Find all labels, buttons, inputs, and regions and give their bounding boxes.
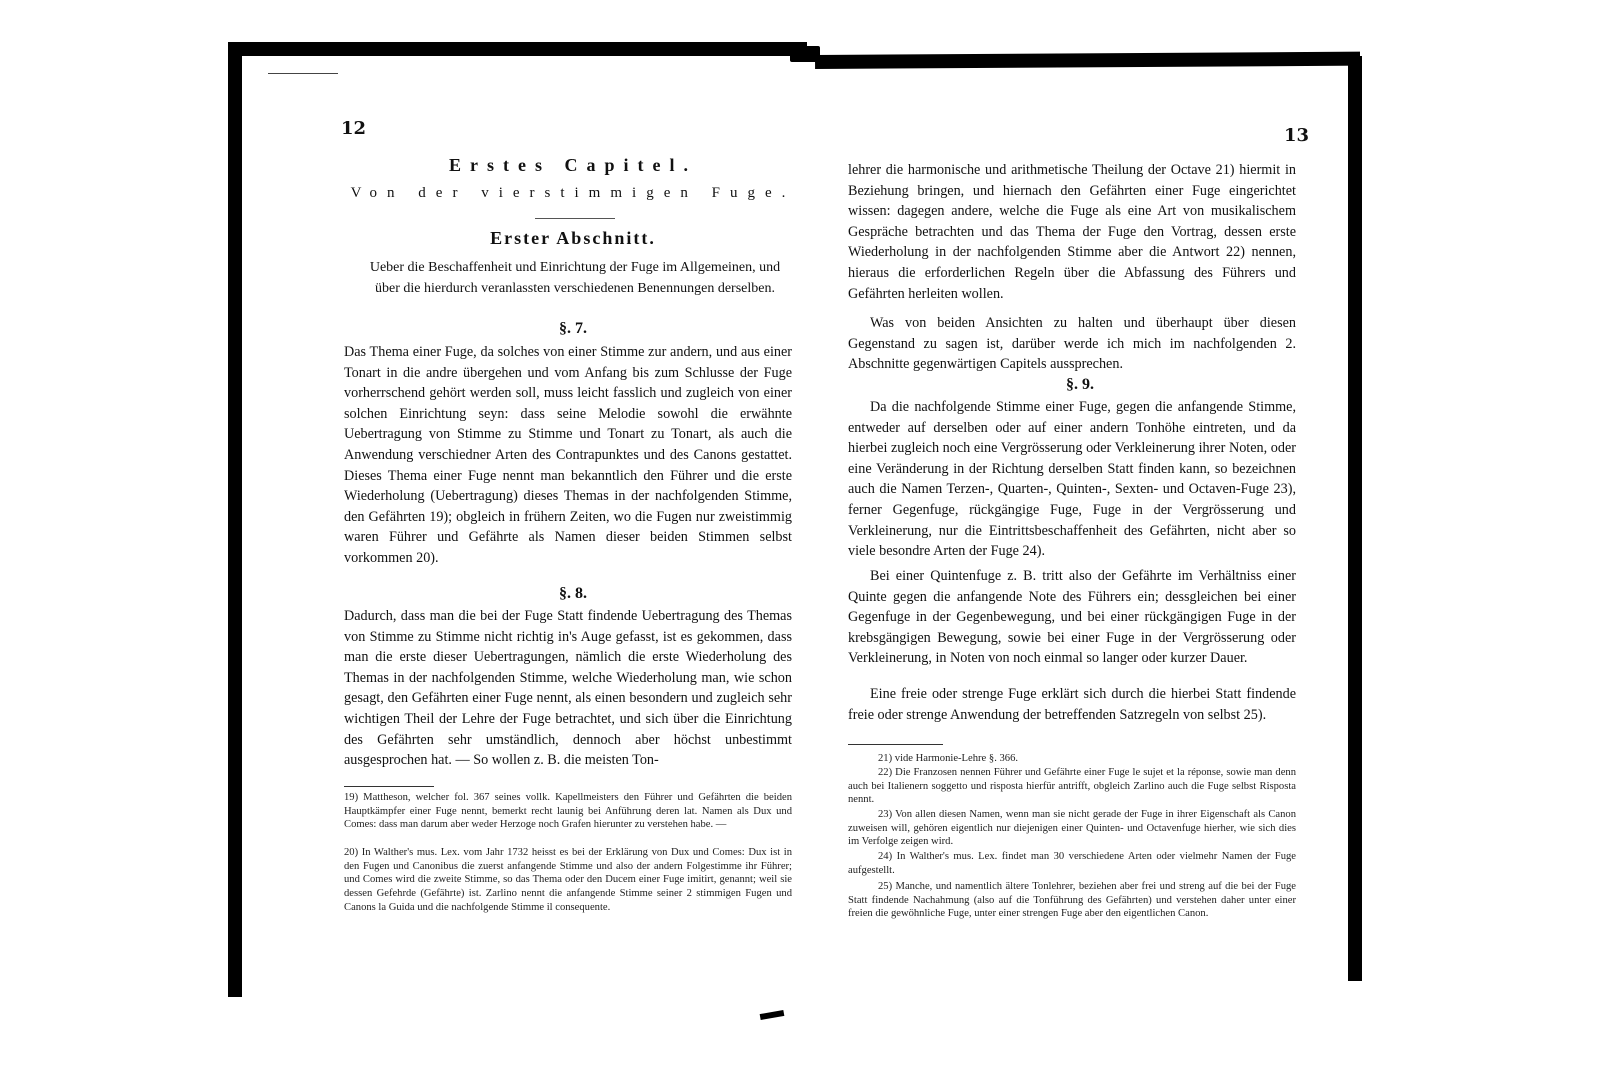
page-number-left: 12: [341, 118, 366, 139]
paragraph-7-text: Das Thema einer Fuge, da solches von ein…: [344, 342, 792, 569]
page-number-right: 13: [1284, 125, 1309, 146]
footnote-divider-left: [344, 786, 434, 787]
footnote-divider-right: [848, 744, 943, 745]
footnote-21: 21) vide Harmonie-Lehre §. 366.: [848, 752, 1296, 766]
footnote-24: 24) In Walther's mus. Lex. findet man 30…: [848, 850, 1296, 877]
paragraph-8-text: Dadurch, dass man die bei der Fuge Statt…: [344, 606, 792, 771]
scan-border-top-left: [232, 42, 807, 56]
scan-border-right: [1348, 56, 1362, 981]
continuation-text-2: Was von beiden Ansichten zu halten und ü…: [848, 313, 1296, 375]
paragraph-heading-8: §. 8.: [338, 585, 808, 603]
chapter-title: Erstes Capitel.: [338, 155, 808, 176]
paragraph-heading-9: §. 9.: [845, 376, 1315, 394]
footnote-22: 22) Die Franzosen nennen Führer und Gefä…: [848, 766, 1296, 807]
scan-mark-bottom: [760, 1010, 785, 1020]
scan-border-top-right: [815, 52, 1360, 69]
paragraph-9-text-3: Eine freie oder strenge Fuge erklärt sic…: [848, 684, 1296, 725]
chapter-subtitle: Von der vierstimmigen Fuge.: [338, 185, 808, 202]
continuation-text: lehrer die harmonische und arithmetische…: [848, 160, 1296, 304]
footnote-20: 20) In Walther's mus. Lex. vom Jahr 1732…: [344, 846, 792, 915]
paragraph-heading-7: §. 7.: [338, 320, 808, 338]
section-title: Erster Abschnitt.: [338, 228, 808, 249]
paragraph-9-text-2: Bei einer Quintenfuge z. B. tritt also d…: [848, 566, 1296, 669]
paragraph-9-text: Da die nachfolgende Stimme einer Fuge, g…: [848, 397, 1296, 562]
footnote-19: 19) Mattheson, welcher fol. 367 seines v…: [344, 791, 792, 832]
footnote-23: 23) Von allen diesen Namen, wenn man sie…: [848, 808, 1296, 849]
scan-line: [268, 73, 338, 74]
footnote-25: 25) Manche, und namentlich ältere Tonleh…: [848, 880, 1296, 921]
scan-border-left: [228, 42, 242, 997]
section-description: Ueber die Beschaffenheit und Einrichtung…: [360, 257, 790, 299]
chapter-divider: [535, 218, 615, 219]
